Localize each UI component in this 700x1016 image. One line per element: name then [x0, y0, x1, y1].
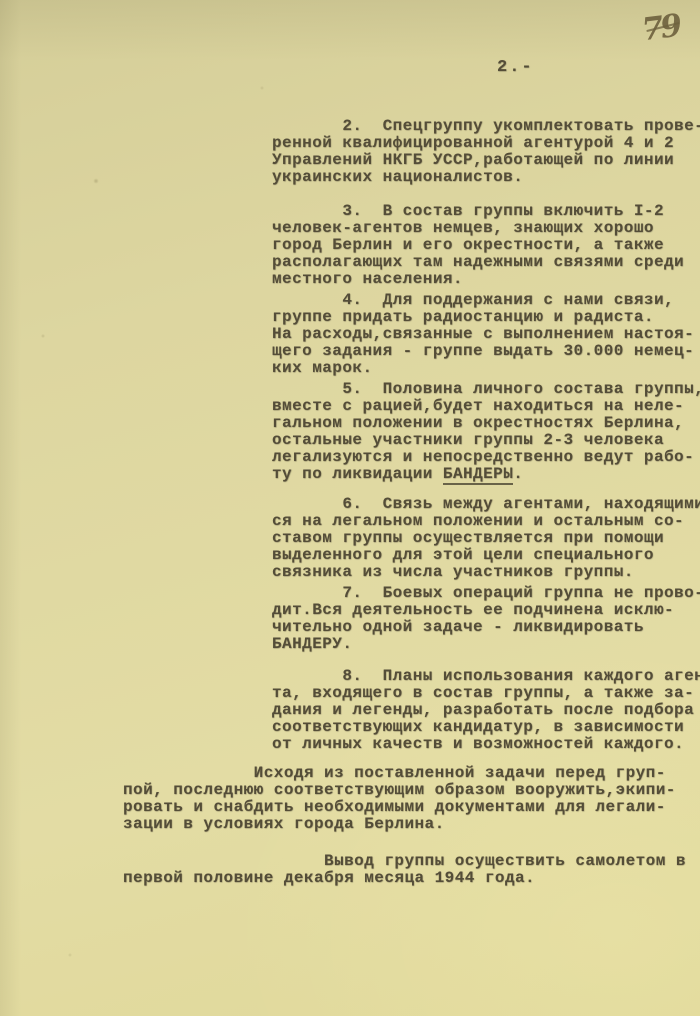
paragraph-3: 3. В состав группы включить I-2 человек-…	[272, 203, 684, 288]
closing-paragraph-1: Исходя из поставленной задачи перед груп…	[123, 765, 676, 833]
paragraph-5-underlined-name: БАНДЕРЫ	[443, 465, 513, 485]
page-header-number: 2.-	[497, 58, 534, 77]
paragraph-5-tail-prefix: ту по ликвидации	[272, 465, 443, 483]
paragraph-7: 7. Боевых операций группа не прово- дит.…	[272, 585, 700, 653]
paragraph-2: 2. Спецгруппу укомплектовать прове- ренн…	[272, 118, 700, 186]
paragraph-4: 4. Для поддержания с нами связи, группе …	[272, 292, 694, 377]
closing-paragraph-2: Вывод группы осуществить самолетом в пер…	[123, 853, 686, 887]
paragraph-6: 6. Связь между агентами, находящими- ся …	[272, 496, 700, 581]
document-page: 79 2.- 2. Спецгруппу укомплектовать пров…	[0, 0, 700, 1016]
paragraph-5-head: 5. Половина личного состава группы, вмес…	[272, 380, 700, 466]
paragraph-8: 8. Планы использования каждого аген- та,…	[272, 668, 700, 753]
paragraph-5-tail-suffix: .	[513, 465, 523, 483]
paragraph-5: 5. Половина личного состава группы, вмес…	[272, 381, 700, 483]
